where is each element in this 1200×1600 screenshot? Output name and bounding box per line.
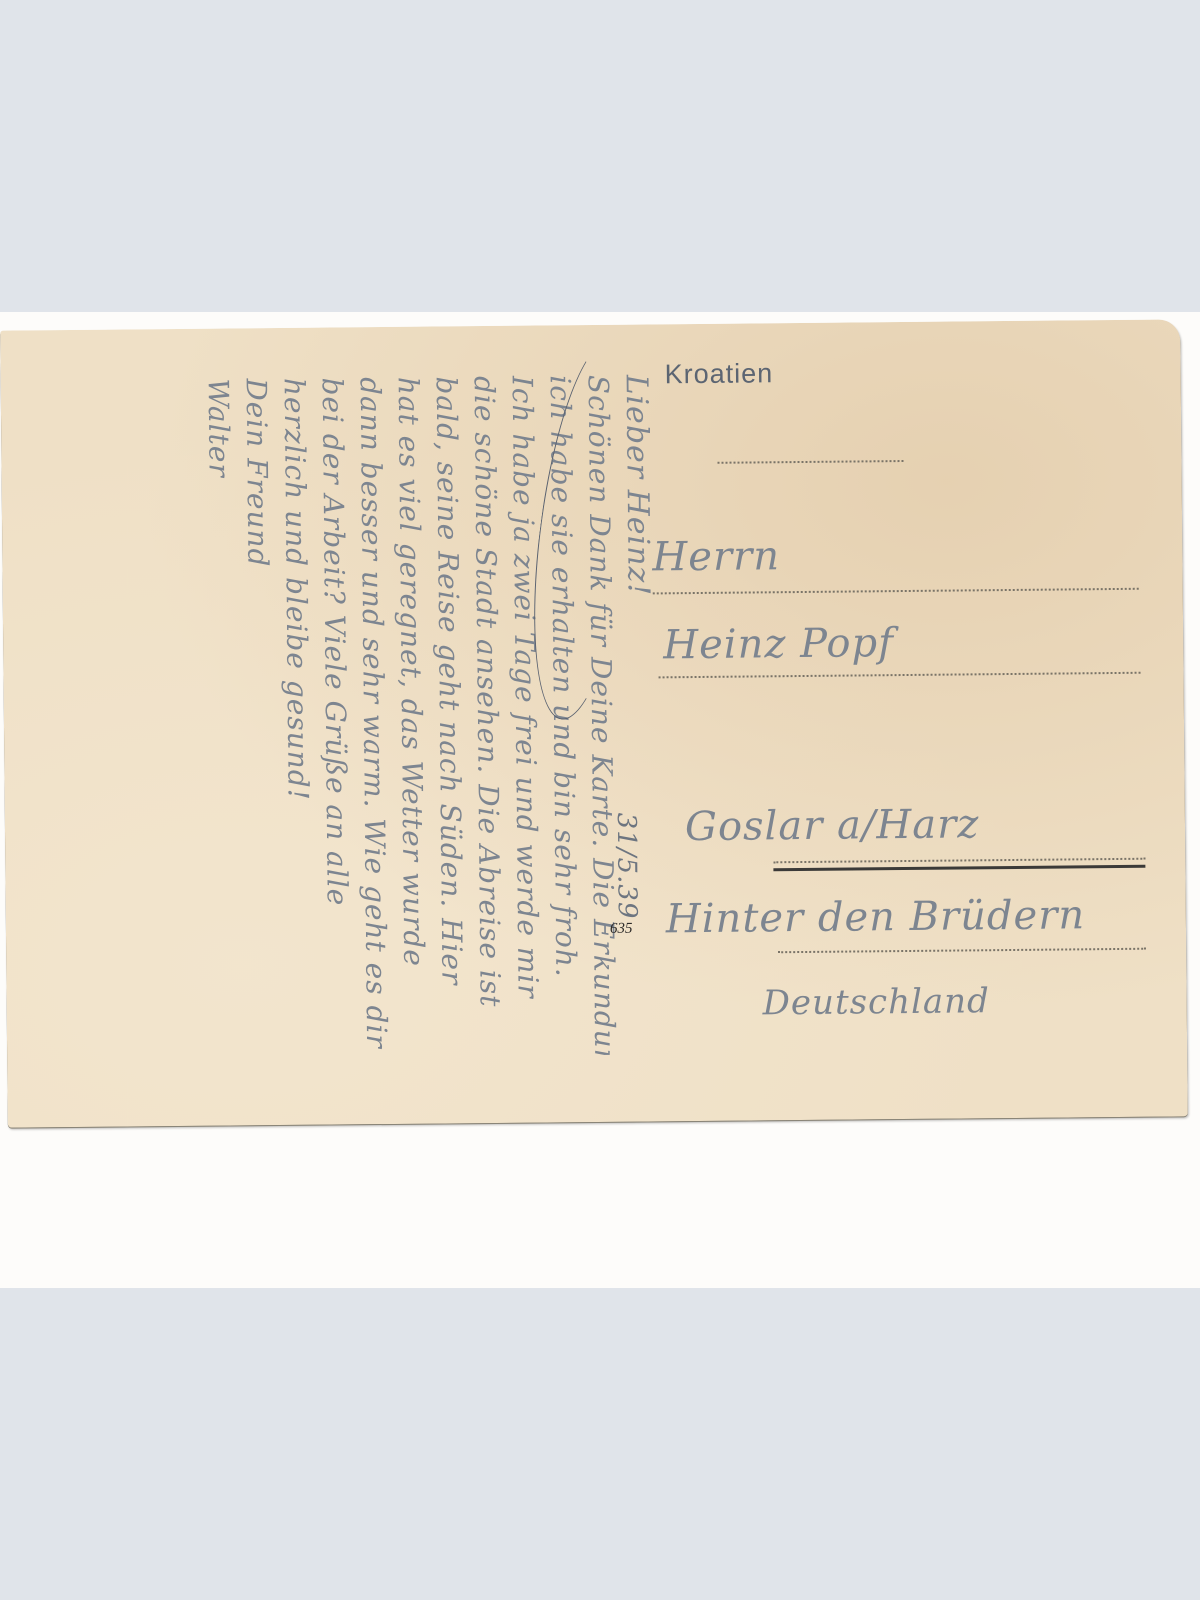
postcard: Lieber Heinz! Schönen Dank für Deine Kar… [0, 319, 1188, 1127]
address-country: Deutschland [763, 981, 991, 1023]
address-line-1 [653, 588, 1139, 595]
message-line: Dein Freund [237, 378, 282, 1058]
address-line-2 [659, 672, 1141, 679]
address-city: Goslar a/Harz [685, 801, 980, 850]
address-salutation: Herrn [652, 533, 780, 580]
date-block: 31/5.39 [581, 813, 643, 974]
address-line-3 [773, 858, 1145, 864]
printed-card-number: 635 [610, 921, 633, 938]
message-line: herzlich und bleibe gesund! [275, 378, 320, 1058]
message-date: 31/5.39 [581, 813, 643, 974]
address-street: Hinter den Brüdern [666, 892, 1086, 942]
message-line: dann besser und sehr warm. Wie geht es d… [351, 377, 396, 1057]
country-note: Kroatien [665, 358, 774, 390]
message-line: hat es viel geregnet, das Wetter wurde [389, 377, 434, 1057]
message-line: bei der Arbeit? Viele Grüße an alle [313, 377, 358, 1057]
stamp-dotted-line [717, 460, 903, 464]
address-recipient: Heinz Popf [663, 620, 894, 668]
message-signature: Walter [199, 378, 244, 1058]
message-line: Ich habe ja zwei Tage frei und werde mir [503, 375, 548, 1055]
message-line: bald, seine Reise geht nach Süden. Hier [427, 376, 472, 1056]
city-underline [773, 865, 1145, 872]
address-line-4 [778, 948, 1146, 954]
message-line: die schöne Stadt ansehen. Die Abreise is… [465, 376, 510, 1056]
